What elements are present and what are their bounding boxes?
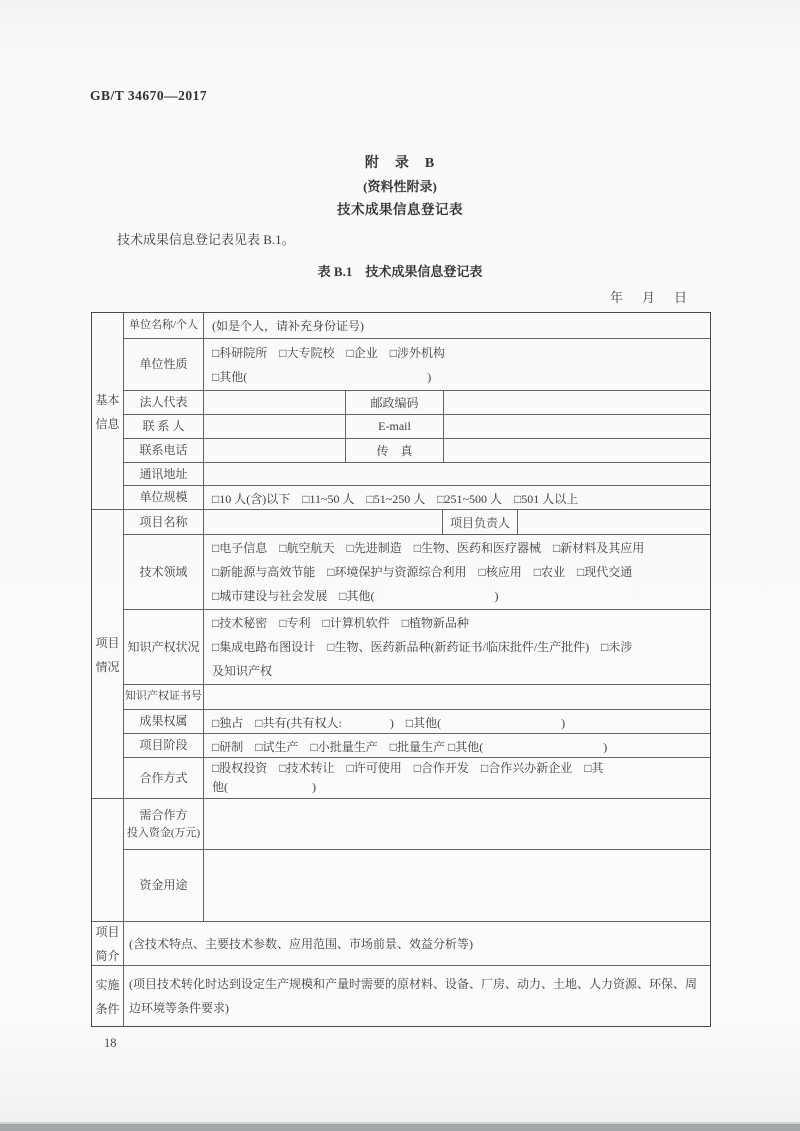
section-project-info: 项目 情况 项目名称 项目负责人 技术领域 □电子信息 □航空航天 □先进制造 … — [92, 510, 710, 799]
field-label-text: 项目负责人 — [450, 514, 510, 531]
field-label: E-mail — [346, 415, 444, 438]
group-label-empty — [92, 799, 124, 921]
checkbox-options-line: □城市建设与社会发展 □其他( ) — [212, 584, 706, 608]
checkbox-options-line: □集成电路布图设计 □生物、医药新品种(新药证书/临床批件/生产批件) □未涉 — [212, 635, 706, 659]
row-label: 技术领域 — [124, 535, 204, 609]
standard-code: GB/T 34670—2017 — [90, 88, 207, 104]
checkbox-options-line: □电子信息 □航空航天 □先进制造 □生物、医药和医疗器械 □新材料及其应用 — [212, 536, 706, 560]
field-postal-code-value — [444, 391, 710, 414]
row-phone: 联系电话 传 真 — [124, 439, 710, 463]
field-email-value — [444, 415, 710, 438]
section-project-brief: 项目 简介 (含技术特点、主要技术参数、应用范围、市场前景、效益分析等) — [92, 922, 710, 966]
row-label: 知识产权证书号 — [124, 685, 204, 709]
intro-text: 技术成果信息登记表见表 B.1。 — [117, 229, 295, 248]
row-label-text: 单位规模 — [139, 488, 187, 507]
row-label-text: 联系电话 — [139, 441, 187, 460]
group-label-text: 项目 — [95, 634, 119, 651]
row-legal-rep: 法人代表 邮政编码 — [124, 391, 710, 415]
checkbox-options-line: □科研院所 □大专院校 □企业 □涉外机构 — [212, 341, 706, 365]
checkbox-options-line: 他( ) — [212, 778, 706, 797]
row-label-text: 法人代表 — [139, 393, 187, 412]
field-phone-value — [204, 439, 346, 462]
row-value: □研制 □试生产 □小批量生产 □批量生产 □其他( ) — [204, 734, 710, 757]
row-ip-status: 知识产权状况 □技术秘密 □专利 □计算机软件 □植物新品种 □集成电路布图设计… — [124, 610, 710, 685]
row-label-text: 知识产权证书号 — [125, 688, 202, 705]
basic-info-rows: 单位名称/个人 (如是个人，请补充身份证号) 单位性质 □科研院所 □大专院校 … — [124, 313, 710, 509]
group-label-implementation-conditions: 实施 条件 — [92, 966, 124, 1026]
row-value: □10 人(含)以下 □11~50 人 □51~250 人 □251~500 人… — [204, 486, 710, 509]
row-label: 资金用途 — [124, 850, 204, 921]
row-value: □股权投资 □技术转让 □许可使用 □合作开发 □合作兴办新企业 □其 他( ) — [204, 758, 710, 798]
row-label: 成果权属 — [124, 710, 204, 733]
row-label-text: 实施 — [95, 976, 119, 993]
row-project-stage: 项目阶段 □研制 □试生产 □小批量生产 □批量生产 □其他( ) — [124, 734, 710, 758]
checkbox-options-line: □10 人(含)以下 □11~50 人 □51~250 人 □251~500 人… — [212, 487, 706, 508]
row-project-name: 项目名称 项目负责人 — [124, 510, 710, 535]
field-ip-cert-no-value — [204, 685, 710, 709]
row-value: (如是个人，请补充身份证号) — [204, 313, 710, 338]
row-address: 通讯地址 — [124, 463, 710, 486]
hint-text: (含技术特点、主要技术参数、应用范围、市场前景、效益分析等) — [129, 932, 706, 956]
row-label-text: 单位性质 — [139, 355, 187, 374]
row-unit-name: 单位名称/个人 (如是个人，请补充身份证号) — [124, 313, 710, 339]
section-implementation-conditions: 实施 条件 (项目技术转化时达到设定生产规模和产量时需要的原材料、设备、厂房、动… — [92, 966, 710, 1026]
row-cooperation-mode: 合作方式 □股权投资 □技术转让 □许可使用 □合作开发 □合作兴办新企业 □其… — [124, 758, 710, 798]
field-investment-value — [204, 799, 710, 849]
registration-table: 基本 信息 单位名称/个人 (如是个人，请补充身份证号) 单位性质 □科研院所 … — [91, 312, 711, 1027]
row-label-text: 简介 — [95, 947, 119, 964]
row-value: (含技术特点、主要技术参数、应用范围、市场前景、效益分析等) — [124, 922, 710, 965]
field-fund-use-value — [204, 850, 710, 921]
row-label-text: 投入资金(万元) — [127, 825, 200, 842]
section-basic-info: 基本 信息 单位名称/个人 (如是个人，请补充身份证号) 单位性质 □科研院所 … — [92, 313, 710, 510]
appendix-heading: 技术成果信息登记表 — [0, 198, 800, 218]
row-label-text: 项目名称 — [139, 513, 187, 532]
section-funding: 需合作方 投入资金(万元) 资金用途 — [92, 799, 710, 922]
row-label-text: 项目阶段 — [139, 736, 187, 755]
table-caption: 表 B.1 技术成果信息登记表 — [0, 261, 800, 280]
field-label-text: 传 真 — [376, 442, 412, 459]
project-info-rows: 项目名称 项目负责人 技术领域 □电子信息 □航空航天 □先进制造 □生物、医药… — [124, 510, 710, 798]
row-label: 项目名称 — [124, 510, 204, 534]
row-label-text: 条件 — [95, 1000, 119, 1017]
row-partner-investment: 需合作方 投入资金(万元) — [124, 799, 710, 850]
field-label: 项目负责人 — [443, 510, 518, 534]
row-fields: 邮政编码 — [204, 391, 710, 414]
field-legal-rep-value — [204, 391, 346, 414]
row-value: □科研院所 □大专院校 □企业 □涉外机构 □其他( ) — [204, 339, 710, 390]
hint-text: (如是个人，请补充身份证号) — [212, 314, 706, 337]
row-unit-scale: 单位规模 □10 人(含)以下 □11~50 人 □51~250 人 □251~… — [124, 486, 710, 509]
row-label-text: 需合作方 — [139, 806, 187, 825]
row-label-text: 单位名称/个人 — [129, 317, 198, 334]
field-project-leader-value — [518, 510, 710, 534]
checkbox-options-line: □其他( ) — [212, 365, 706, 389]
row-fields: 传 真 — [204, 439, 710, 462]
row-label: 需合作方 投入资金(万元) — [124, 799, 204, 849]
group-label-basic-info: 基本 信息 — [92, 313, 124, 509]
row-label-text: 知识产权状况 — [127, 638, 199, 657]
checkbox-options-line: □研制 □试生产 □小批量生产 □批量生产 □其他( ) — [212, 735, 706, 756]
row-tech-field: 技术领域 □电子信息 □航空航天 □先进制造 □生物、医药和医疗器械 □新材料及… — [124, 535, 710, 610]
row-label: 联 系 人 — [124, 415, 204, 438]
page-number: 18 — [104, 1036, 117, 1051]
group-label-project-brief: 项目 简介 — [92, 922, 124, 965]
row-label-text: 项目 — [95, 923, 119, 940]
row-value: (项目技术转化时达到设定生产规模和产量时需要的原材料、设备、厂房、动力、土地、人… — [124, 966, 710, 1026]
group-label-text: 信息 — [95, 415, 119, 432]
row-label-text: 成果权属 — [139, 712, 187, 731]
row-label-text: 技术领域 — [139, 563, 187, 582]
row-label: 联系电话 — [124, 439, 204, 462]
group-label-text: 情况 — [95, 658, 119, 675]
scan-bottom-band — [0, 1122, 800, 1131]
row-label-text: 资金用途 — [139, 876, 187, 895]
row-label-text: 通讯地址 — [139, 465, 187, 484]
row-fields: 项目负责人 — [204, 510, 710, 534]
checkbox-options-line: □技术秘密 □专利 □计算机软件 □植物新品种 — [212, 611, 706, 635]
hint-text: (项目技术转化时达到设定生产规模和产量时需要的原材料、设备、厂房、动力、土地、人… — [129, 972, 706, 1020]
field-project-name-value — [204, 510, 443, 534]
field-label-text: 邮政编码 — [370, 394, 418, 411]
row-label: 法人代表 — [124, 391, 204, 414]
row-label: 单位性质 — [124, 339, 204, 390]
row-label: 通讯地址 — [124, 463, 204, 485]
row-label: 单位名称/个人 — [124, 313, 204, 338]
checkbox-options-line: 及知识产权 — [212, 659, 706, 683]
field-label: 传 真 — [346, 439, 444, 462]
checkbox-options-line: □新能源与高效节能 □环境保护与资源综合利用 □核应用 □农业 □现代交通 — [212, 560, 706, 584]
row-label-text: 联 系 人 — [142, 417, 184, 436]
field-address-value — [204, 463, 710, 485]
group-label-text: 基本 — [95, 391, 119, 408]
row-ip-cert-no: 知识产权证书号 — [124, 685, 710, 710]
row-value: □技术秘密 □专利 □计算机软件 □植物新品种 □集成电路布图设计 □生物、医药… — [204, 610, 710, 684]
appendix-title: 附 录 B — [0, 152, 800, 172]
row-ownership: 成果权属 □独占 □共有(共有权人: ) □其他( ) — [124, 710, 710, 734]
row-label: 项目阶段 — [124, 734, 204, 757]
row-label: 单位规模 — [124, 486, 204, 509]
row-label: 合作方式 — [124, 758, 204, 798]
date-line: 年 月 日 — [610, 287, 690, 306]
row-fund-use: 资金用途 — [124, 850, 710, 921]
row-contact-person: 联 系 人 E-mail — [124, 415, 710, 439]
checkbox-options-line: □独占 □共有(共有权人: ) □其他( ) — [212, 711, 706, 732]
checkbox-options-line: □股权投资 □技术转让 □许可使用 □合作开发 □合作兴办新企业 □其 — [212, 759, 706, 778]
row-value: □独占 □共有(共有权人: ) □其他( ) — [204, 710, 710, 733]
field-label-text: E-mail — [378, 419, 411, 434]
row-unit-type: 单位性质 □科研院所 □大专院校 □企业 □涉外机构 □其他( ) — [124, 339, 710, 391]
funding-rows: 需合作方 投入资金(万元) 资金用途 — [124, 799, 710, 921]
field-label: 邮政编码 — [346, 391, 444, 414]
field-contact-value — [204, 415, 346, 438]
row-label-text: 合作方式 — [139, 769, 187, 788]
scanned-document-page: { "doc": { "standard_code": "GB/T 34670—… — [0, 0, 800, 1131]
group-label-project-info: 项目 情况 — [92, 510, 124, 798]
field-fax-value — [444, 439, 710, 462]
appendix-subtitle: (资料性附录) — [0, 176, 800, 195]
row-fields: E-mail — [204, 415, 710, 438]
row-label: 知识产权状况 — [124, 610, 204, 684]
row-value: □电子信息 □航空航天 □先进制造 □生物、医药和医疗器械 □新材料及其应用 □… — [204, 535, 710, 609]
